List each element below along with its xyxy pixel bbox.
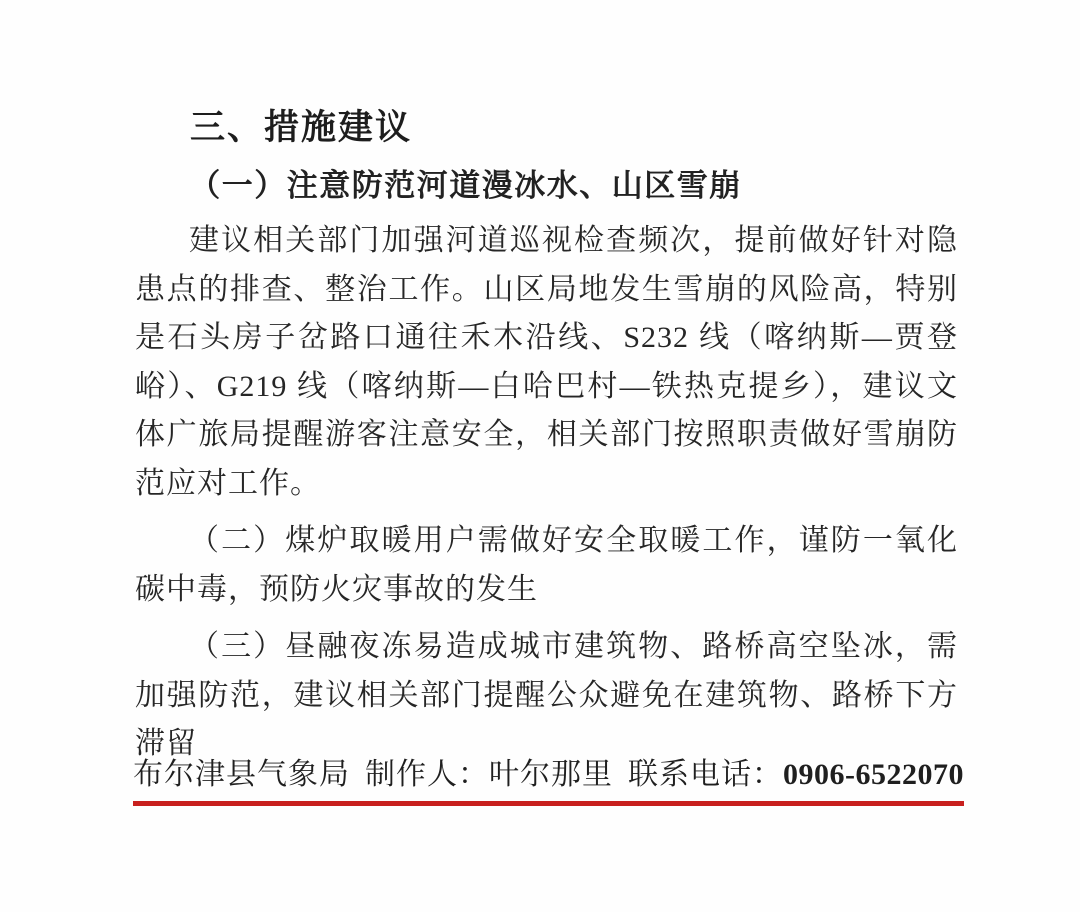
paragraph-coal-heating-safety: （二）煤炉取暖用户需做好安全取暖工作，谨防一氧化碳中毒，预防火灾事故的发生 xyxy=(135,517,958,614)
document-page: 三、措施建议 （一）注意防范河道漫冰水、山区雪崩 建议相关部门加强河道巡视检查频… xyxy=(0,0,1080,912)
maker-label: 制作人： xyxy=(365,758,489,791)
paragraph-river-ice-avalanche: 建议相关部门加强河道巡视检查频次，提前做好针对隐患点的排查、整治工作。山区局地发… xyxy=(135,217,958,508)
maker-info: 制作人：叶尔那里 xyxy=(365,756,613,794)
maker-name: 叶尔那里 xyxy=(489,758,613,791)
subsection-1-heading: （一）注意防范河道漫冰水、山区雪崩 xyxy=(135,161,958,210)
section-title: 三、措施建议 xyxy=(135,104,958,152)
phone-number: 0906-6522070 xyxy=(783,758,964,791)
paragraph-falling-ice-warning: （三）昼融夜冻易造成城市建筑物、路桥高空坠冰，需加强防范，建议相关部门提醒公众避… xyxy=(135,623,958,769)
contact-info: 联系电话：0906-6522070 xyxy=(628,756,964,794)
phone-label: 联系电话： xyxy=(628,758,783,791)
document-footer: 布尔津县气象局 制作人：叶尔那里 联系电话：0906-6522070 xyxy=(133,756,964,806)
document-content: 三、措施建议 （一）注意防范河道漫冰水、山区雪崩 建议相关部门加强河道巡视检查频… xyxy=(135,104,958,769)
issuing-organization: 布尔津县气象局 xyxy=(133,756,350,794)
